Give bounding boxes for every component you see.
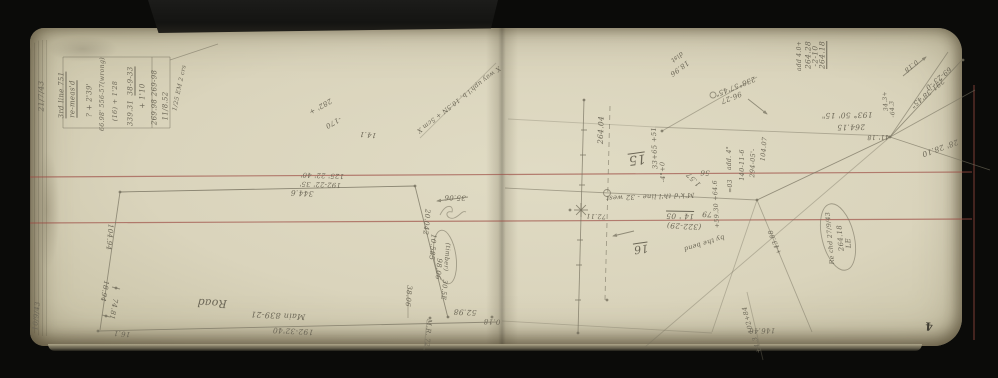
note-m4: -4°+0 [659,162,666,183]
note-10494: 104.94 [104,224,113,251]
note-305e: 30.5E [440,279,448,300]
note-corr3: (16) + 1'28 [112,81,119,121]
note-mkd-line: M'k'd th'l line - 32 west [606,191,695,201]
note-le: LE [845,238,853,249]
note-1894: 18.94 [99,280,110,302]
note-1405: 14 ' 05 [666,212,694,220]
note-03: =03 [728,179,734,193]
note-5930: +59.30 +64.6 [713,180,722,228]
note-282: 282' + [307,97,332,116]
note-4118: 41'.18 [867,134,889,141]
note-10585: 10.585 [427,234,436,261]
note-4388: +43.88 [767,229,783,255]
note-10284: 102+84 [741,306,755,335]
note-7481: 74.81 [108,298,119,320]
note-282810: 28' 28.10 [921,138,959,158]
note-141: 14.1 [359,130,376,138]
note-sum1a: 339.31 [128,100,135,126]
note-edge-date: 10/9/43 [32,301,42,331]
note-56: 56 [700,168,710,175]
note-sum4: 11/8.52 [163,92,170,121]
note-corr2: 66.98' 556-57(wrong) [100,57,106,131]
note-station-16: 16 [633,243,649,256]
handwriting-layer: 21/7/433rd line 751re-meas'd? + 2'39'66.… [0,0,998,378]
note-170: -170 [324,115,342,130]
note-main: Main 839-21 [250,310,305,321]
note-3446: 344.6 [290,189,313,198]
note-018r: 0.18 [903,58,919,73]
note-26404: 264.04 [597,116,605,144]
note-10407: 104.07 [760,136,769,161]
note-date: 21/7/43 [37,80,45,111]
note-018l: 0.18 [483,317,500,325]
note-sum2: + 1'10 [140,83,147,108]
note-26415: 264.15 [837,123,865,131]
note-timber: (timber) [442,242,451,271]
scanned-notebook-scene: 21/7/433rd line 751re-meas'd? + 2'39'66.… [0,0,998,378]
note-angle-192: 192-22' 35' [299,180,341,188]
note-rechd: Re chd 27/9/43 [826,212,837,265]
note-161: 16.1 [113,329,130,337]
note-140116: 140-11-6 [739,149,746,181]
note-1935015: 193° 50' 15" [821,111,872,119]
note-1923240: 192-32'40 [272,326,313,336]
note-road: Road [197,297,227,310]
note-sum1b: 38-9-33 [128,66,135,95]
note-corr1: ? + 2'39' [87,83,94,117]
note-sum3b: 269-98 [152,70,159,96]
note-xway: X way uph'l b. 10.5N + 5cm X [415,64,501,133]
note-add40: add 4.0+ [797,41,803,71]
note-643: -64.3 [889,100,896,117]
note-20042: 20.042 [421,209,430,236]
note-add4: add. 4° [727,146,733,170]
note-line-title2: re-meas'd [70,80,77,118]
note-43: +4.3 [752,336,763,354]
note-29405: 294-05'- [749,148,757,177]
note-mr72: M.R. 72 [424,319,433,348]
note-angle-125: 125' 22' 40' [300,171,344,179]
note-sum3a: 269.98 [152,99,159,125]
note-sum5: 1/25 EM 2 crs [172,65,188,112]
note-26418: 264.18 [818,41,826,69]
note-station-15: 15 [628,151,647,166]
note-3506: 35.06 [444,193,466,200]
note-line-title: 3rd line 751 [59,72,66,119]
note-bend: by the bend [683,234,725,253]
note-79: 79 [702,210,712,218]
note-5298: 52.98 [453,308,476,316]
note-3806: 38.06 [404,285,413,307]
note-7211: 72.11 [586,212,606,219]
note-32229: (322-29) [666,221,701,230]
page-number: 4 [925,320,934,331]
